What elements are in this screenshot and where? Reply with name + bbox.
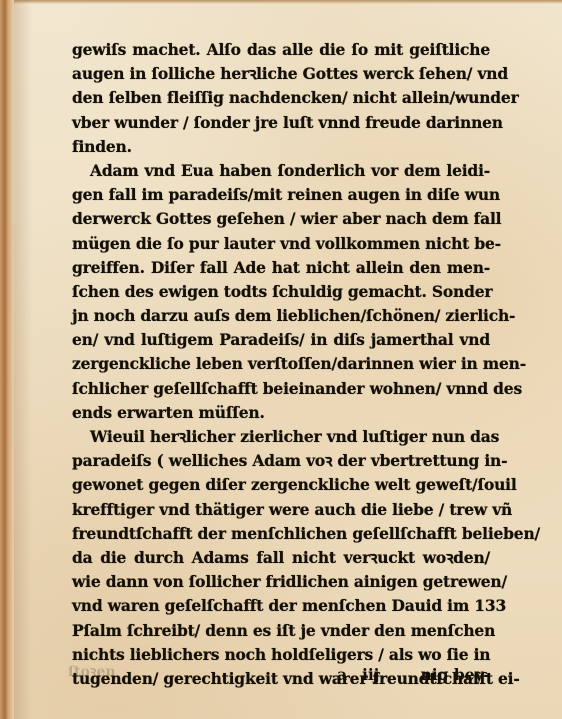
text-line: ends erwarten müſſen.: [72, 400, 490, 425]
text-line: augen in ſolliche herꝛliche Gottes werck…: [72, 62, 490, 87]
book-page: gewiſs machet. Alſo das alle die ſo mit …: [0, 0, 562, 719]
book-binding-edge: [0, 0, 14, 719]
signature-number: iij: [362, 665, 379, 684]
text-line: jn noch darzu auſs dem lieblichen/ſchöne…: [72, 303, 490, 328]
page-footer: a iij nig bey-: [72, 665, 490, 689]
text-line: den ſelben fleiſſig nachdencken/ nicht a…: [72, 86, 490, 111]
text-line: ſchlicher geſellſchafft beieinander wohn…: [72, 376, 490, 401]
text-line: da die durch Adams fall nicht verꝛuckt w…: [72, 545, 490, 570]
text-line: derwerck Gottes geſehen / wier aber nach…: [72, 207, 490, 232]
text-line: zergenckliche leben verſtoſſen/darinnen …: [72, 352, 490, 377]
text-line: vber wunder / ſonder jre luſt vnnd freud…: [72, 110, 490, 135]
text-line: gewonet gegen diſer zergenckliche welt g…: [72, 473, 490, 498]
main-text-block: gewiſs machet. Alſo das alle die ſo mit …: [72, 38, 490, 691]
text-line: greiffen. Diſer fall Ade hat nicht allei…: [72, 255, 490, 280]
text-line: paradeiſs ( welliches Adam voꝛ der vbert…: [72, 449, 490, 474]
text-line: ſchen des ewigen todts ſchuldig gemacht.…: [72, 279, 490, 304]
text-line: wie dann von ſollicher fridlichen ainige…: [72, 570, 490, 595]
text-line: nichts lieblichers noch holdſeligers / a…: [72, 642, 490, 667]
text-line: vnd waren geſelſchafft der menſchen Daui…: [72, 594, 490, 619]
text-line: finden.: [72, 134, 490, 159]
text-line: gewiſs machet. Alſo das alle die ſo mit …: [72, 37, 490, 62]
page-top-edge: [0, 0, 562, 4]
text-line: en/ vnd luſtigem Paradeiſs/ in diſs jame…: [72, 328, 490, 353]
catchword: nig bey-: [420, 665, 490, 684]
text-line: freundtſchafft der menſchlichen geſellſc…: [72, 521, 490, 546]
paragraph-first-line: Wieuil herꝛlicher zierlicher vnd luſtige…: [72, 424, 490, 449]
paragraph-first-line: Adam vnd Eua haben ſonderlich vor dem le…: [72, 158, 490, 183]
text-line: gen fall im paradeiſs/mit reinen augen i…: [72, 183, 490, 208]
text-line: mügen die ſo pur lauter vnd vollkommen n…: [72, 231, 490, 256]
text-line: krefftiger vnd thätiger were auch die li…: [72, 497, 490, 522]
gutter-shadow: [14, 0, 32, 719]
text-line: Pſalm ſchreibt/ denn es iſt je vnder den…: [72, 618, 490, 643]
signature-mark: a: [337, 665, 347, 684]
